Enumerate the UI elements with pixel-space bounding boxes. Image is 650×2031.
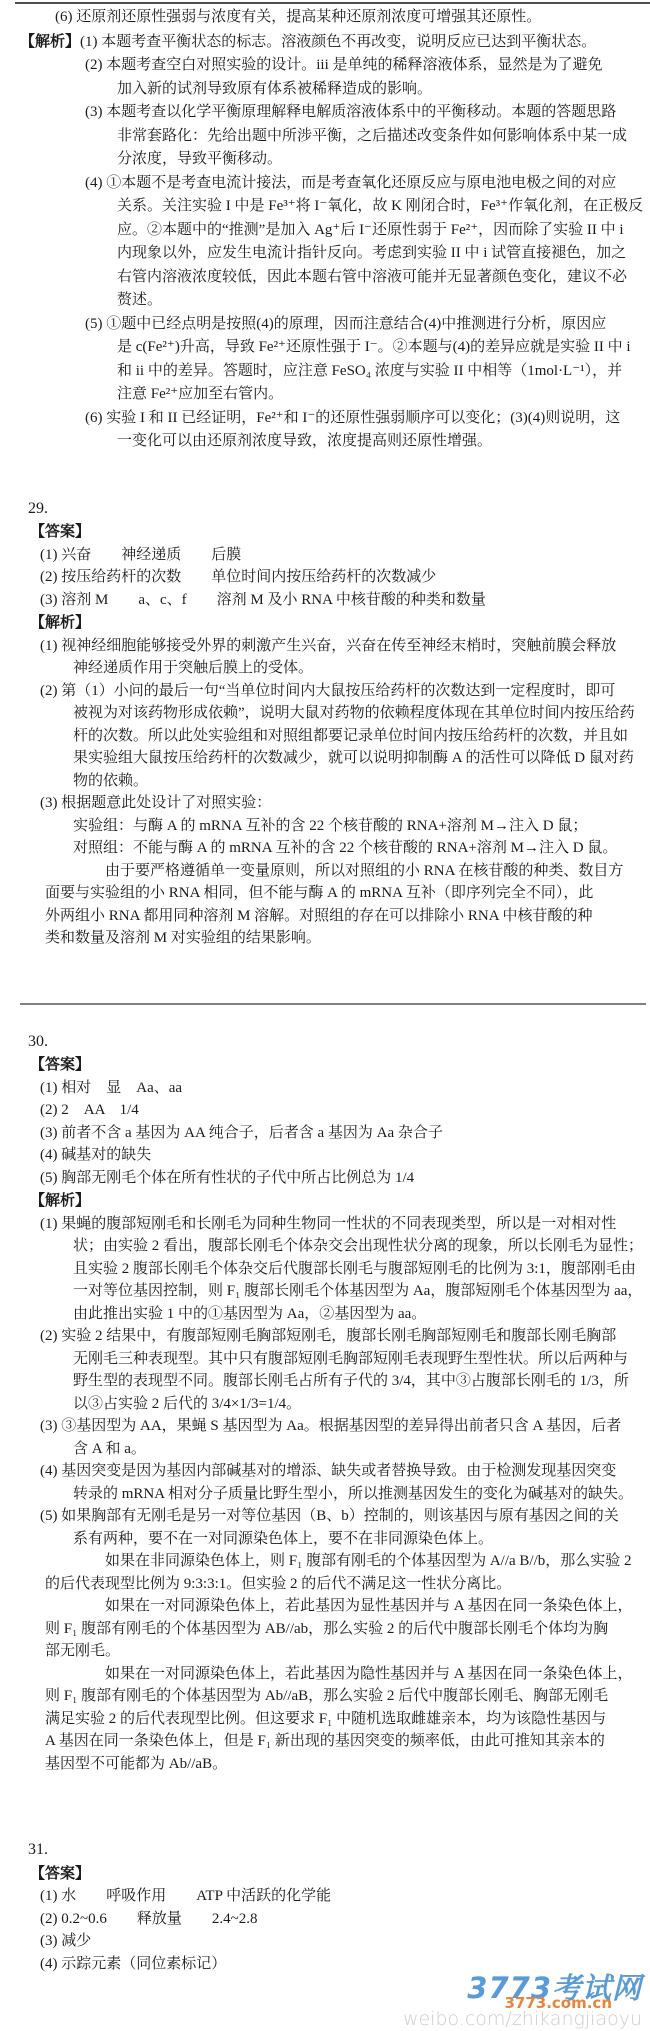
text-line: 如果在一对同源染色体上，若此基因为显性基因并与 A 基因在同一条染色体上， <box>0 1595 650 1618</box>
question-30-section: 30.【答案】(1) 相对 显 Aa、aa(2) 2 AA 1/4(3) 前者不… <box>0 1031 650 1776</box>
text-line: 是 c(Fe²⁺)升高，导致 Fe²⁺还原性强于 I⁻。②本题与(4)的差异应就… <box>0 336 650 360</box>
text-line: 满足实验 2 的后代表现型比例。但这要求 F₁ 中随机选取雌雄亲本，均为该隐性基… <box>0 1708 650 1731</box>
text-line: 一变化可以由还原剂浓度导致，浓度提高则还原性增强。 <box>0 430 650 454</box>
text-line: 被视为对该药物形成依赖”，说明大鼠对药物的依赖程度体现在其单位时间内按压给药 <box>0 702 650 725</box>
text-line: 面要与实验组的小 RNA 相同，但不能与酶 A 的 mRNA 互补（即序列完全不… <box>0 882 650 905</box>
text-line: 物的依赖。 <box>0 770 650 793</box>
text-line: (3) ③基因型为 AA，果蝇 S 基因型为 Aa。根据基因型的差异得出前者只含… <box>0 1415 650 1438</box>
text-line: (3) 根据题意此处设计了对照实验： <box>0 792 650 815</box>
watermark-weibo-url: weibo.com/zhikangjiaoyu <box>403 2010 642 2029</box>
text-line: 则 F₁ 腹部有刚毛的个体基因型为 Ab//aB，那么实验 2 后代中腹部长刚毛… <box>0 1685 650 1708</box>
text-line: 对照组：不能与酶 A 的 mRNA 互补的含 22 个核苷酸的 RNA+溶剂 M… <box>0 837 650 860</box>
text-line: (4) ①本题不是考查电流计接法，而是考查氧化还原反应与原电池电极之间的对应 <box>0 172 650 196</box>
text-line: (4) 基因突变是因为基因内部碱基对的增添、缺失或者替换导致。由于检测发现基因突… <box>0 1460 650 1483</box>
text-line: 右管内溶液浓度较低，因此本题右管中溶液可能并无显著颜色变化，建议不必 <box>0 266 650 290</box>
text-line: 部无刚毛。 <box>0 1640 650 1663</box>
text-line: 野生型的表现型不同。腹部长刚毛占所有子代的 3/4，其中③占腹部长刚毛的 1/3… <box>0 1370 650 1393</box>
text-line: 类和数量及溶剂 M 对实验组的结果影响。 <box>0 927 650 950</box>
question-number: 29. <box>0 498 650 521</box>
text-line: 如果在非同源染色体上，则 F₁ 腹部有刚毛的个体基因型为 A//a B//b，那… <box>0 1550 650 1573</box>
text-line: (2) 第（1）小问的最后一句“当单位时间内大鼠按压给药杆的次数达到一定程度时，… <box>0 680 650 703</box>
text-line: 无刚毛三种表现型。其中只有腹部短刚毛胸部短刚毛表现野生型性状。所以后两种与 <box>0 1348 650 1371</box>
watermark: 3773考试网 3773.com.cn weibo.com/zhikangjia… <box>403 1974 642 2029</box>
text-line: (2) 本题考查空白对照实验的设计。iii 是单纯的稀释溶液体系，显然是为了避免 <box>0 54 650 78</box>
text-line: 的后代表现型比例为 9:3:3:1。但实验 2 的后代不满足这一性状分离比。 <box>0 1573 650 1596</box>
text-line: 杆的次数。所以此处实验组和对照组都要记录单位时间内按压给药杆的次数，并且如 <box>0 725 650 748</box>
text-line: (3) 溶剂 M a、c、f 溶剂 M 及小 RNA 中核苷酸的种类和数量 <box>0 589 650 612</box>
text-line: 分浓度，导致平衡移动。 <box>0 148 650 172</box>
text-line: 果实验组大鼠按压给药杆的次数减少，就可以说明抑制酶 A 的活性可以降低 D 鼠对… <box>0 747 650 770</box>
text-line: 【解析】(1) 本题考查平衡状态的标志。溶液颜色不再改变，说明反应已达到平衡状态… <box>0 30 650 55</box>
bracket-label: 【解析】 <box>30 1191 90 1209</box>
answer-key-page: (6) 还原剂还原性强弱与浓度有关，提高某种还原剂浓度可增强其还原性。【解析】(… <box>0 0 650 1975</box>
text-line: (1) 兴奋 神经递质 后膜 <box>0 544 650 567</box>
question-29-section: 29.【答案】(1) 兴奋 神经递质 后膜(2) 按压给药杆的次数 单位时间内按… <box>0 498 650 950</box>
text-line: 注意 Fe²⁺应加至右管内。 <box>0 383 650 407</box>
text-line: 一对等位基因控制，则 F₁ 腹部长刚毛个体基因型为 Aa，腹部短刚毛个体基因型为… <box>0 1280 650 1303</box>
text-line: 基因型不可能都为 Ab//aB。 <box>0 1753 650 1776</box>
bracket-label: 【解析】 <box>20 32 80 50</box>
text-line: (5) 胸部无刚毛个体在所有性状的子代中所占比例总为 1/4 <box>0 1167 650 1190</box>
question-number: 30. <box>0 1031 650 1054</box>
text-line: 实验组：与酶 A 的 mRNA 互补的含 22 个核苷酸的 RNA+溶剂 M→注… <box>0 815 650 838</box>
text-line: (1) 视神经细胞能够接受外界的刺激产生兴奋，兴奋在传至神经末梢时，突触前膜会释… <box>0 635 650 658</box>
text-line: 和 ii 中的差异。答题时，应注意 FeSO₄ 浓度与实验 II 中相等（1mo… <box>0 360 650 384</box>
text-line: 非常套路化：先给出题中所涉平衡，之后描述改变条件如何影响体系中某一成 <box>0 125 650 149</box>
text-line: (6) 还原剂还原性强弱与浓度有关，提高某种还原剂浓度可增强其还原性。 <box>0 6 650 30</box>
text-line: 且实验 2 腹部长刚毛个体杂交后代腹部长刚毛与腹部短刚毛的比例为 3:1，腹部刚… <box>0 1258 650 1281</box>
text-line: 应。②本题中的“推测”是加入 Ag⁺后 I⁻还原性弱于 Fe²⁺，因而除了实验 … <box>0 219 650 243</box>
analysis-label: 【解析】 <box>0 1189 650 1213</box>
top-divider <box>15 2 650 4</box>
text-line: (1) 相对 显 Aa、aa <box>0 1077 650 1100</box>
text-line: (2) 2 AA 1/4 <box>0 1099 650 1122</box>
text-line: 外两组小 RNA 都用同种溶剂 M 溶解。对照组的存在可以排除小 RNA 中核苷… <box>0 905 650 928</box>
text-line: (5) ①题中已经点明是按照(4)的原理，因而注意结合(4)中推测进行分析，原因… <box>0 313 650 337</box>
text-line: 则 F₁ 腹部有刚毛的个体基因型为 AB//ab，那么实验 2 的后代中腹部长刚… <box>0 1618 650 1641</box>
text-line: 由此推出实验 1 中的①基因型为 Aa，②基因型为 aa。 <box>0 1303 650 1326</box>
answer-label: 【答案】 <box>0 1053 650 1077</box>
question-number: 31. <box>0 1839 650 1862</box>
text-line: (5) 如果胸部有无刚毛是另一对等位基因（B、b）控制的，则该基因与原有基因之间… <box>0 1505 650 1528</box>
text-line: (3) 减少 <box>0 1930 650 1953</box>
text-line: 加入新的试剂导致原有体系被稀释造成的影响。 <box>0 78 650 102</box>
section-divider <box>20 1003 646 1005</box>
text-line: 系有两种，要不在一对同源染色体上，要不在非同源染色体上。 <box>0 1528 650 1551</box>
bracket-label: 【答案】 <box>30 522 90 540</box>
bracket-label: 【解析】 <box>30 613 90 631</box>
text-line: 转录的 mRNA 相对分子质量比野生型小，所以推测基因发生的变化为碱基对的缺失。 <box>0 1483 650 1506</box>
text-line: (3) 本题考查以化学平衡原理解释电解质溶液体系中的平衡移动。本题的答题思路 <box>0 101 650 125</box>
text-line: 由于要严格遵循单一变量原则，所以对照组的小 RNA 在核苷酸的种类、数目方 <box>0 860 650 883</box>
text-line: (2) 按压给药杆的次数 单位时间内按压给药杆的次数减少 <box>0 566 650 589</box>
bracket-label: 【答案】 <box>30 1055 90 1073</box>
question-28-analysis-section: (6) 还原剂还原性强弱与浓度有关，提高某种还原剂浓度可增强其还原性。【解析】(… <box>0 0 650 454</box>
text-line: 内现象以外，应发生电流计指针反向。考虑到实验 II 中 i 试管直接褪色，加之 <box>0 242 650 266</box>
text-line: 状；由实验 2 看出，腹部长刚毛个体杂交会出现性状分离的现象，所以长刚毛为显性； <box>0 1235 650 1258</box>
text-line: 含 A 和 a。 <box>0 1438 650 1461</box>
answer-label: 【答案】 <box>0 520 650 544</box>
text-line: (4) 碱基对的缺失 <box>0 1144 650 1167</box>
question-31-section: 31.【答案】(1) 水 呼吸作用 ATP 中活跃的化学能(2) 0.2~0.6… <box>0 1839 650 1975</box>
analysis-label: 【解析】 <box>0 611 650 635</box>
text-line: (1) 水 呼吸作用 ATP 中活跃的化学能 <box>0 1885 650 1908</box>
text-line: 关系。关注实验 I 中是 Fe³⁺将 I⁻氧化，故 K 刚闭合时，Fe³⁺作氧化… <box>0 195 650 219</box>
text-line: 以③占实验 2 后代的 3/4×1/3=1/4。 <box>0 1393 650 1416</box>
text-line: A 基因在同一条染色体上，但是 F₁ 新出现的基因突变的频率低，由此可推知其亲本… <box>0 1730 650 1753</box>
text-line: (3) 前者不含 a 基因为 AA 纯合子，后者含 a 基因为 Aa 杂合子 <box>0 1122 650 1145</box>
text-line: (1) 果蝇的腹部短刚毛和长刚毛为同种生物同一性状的不同表现类型，所以是一对相对… <box>0 1213 650 1236</box>
text-line: (2) 实验 2 结果中，有腹部短刚毛胸部短刚毛，腹部长刚毛胸部短刚毛和腹部长刚… <box>0 1325 650 1348</box>
text-line: 如果在一对同源染色体上，若此基因为隐性基因并与 A 基因在同一条染色体上， <box>0 1663 650 1686</box>
text-line: 赘述。 <box>0 289 650 313</box>
bracket-label: 【答案】 <box>30 1864 90 1882</box>
text-line: (2) 0.2~0.6 释放量 2.4~2.8 <box>0 1908 650 1931</box>
text-line: 神经递质作用于突触后膜上的受体。 <box>0 657 650 680</box>
answer-label: 【答案】 <box>0 1862 650 1886</box>
text-line: (6) 实验 I 和 II 已经证明，Fe²⁺和 I⁻的还原性强弱顺序可以变化；… <box>0 407 650 431</box>
